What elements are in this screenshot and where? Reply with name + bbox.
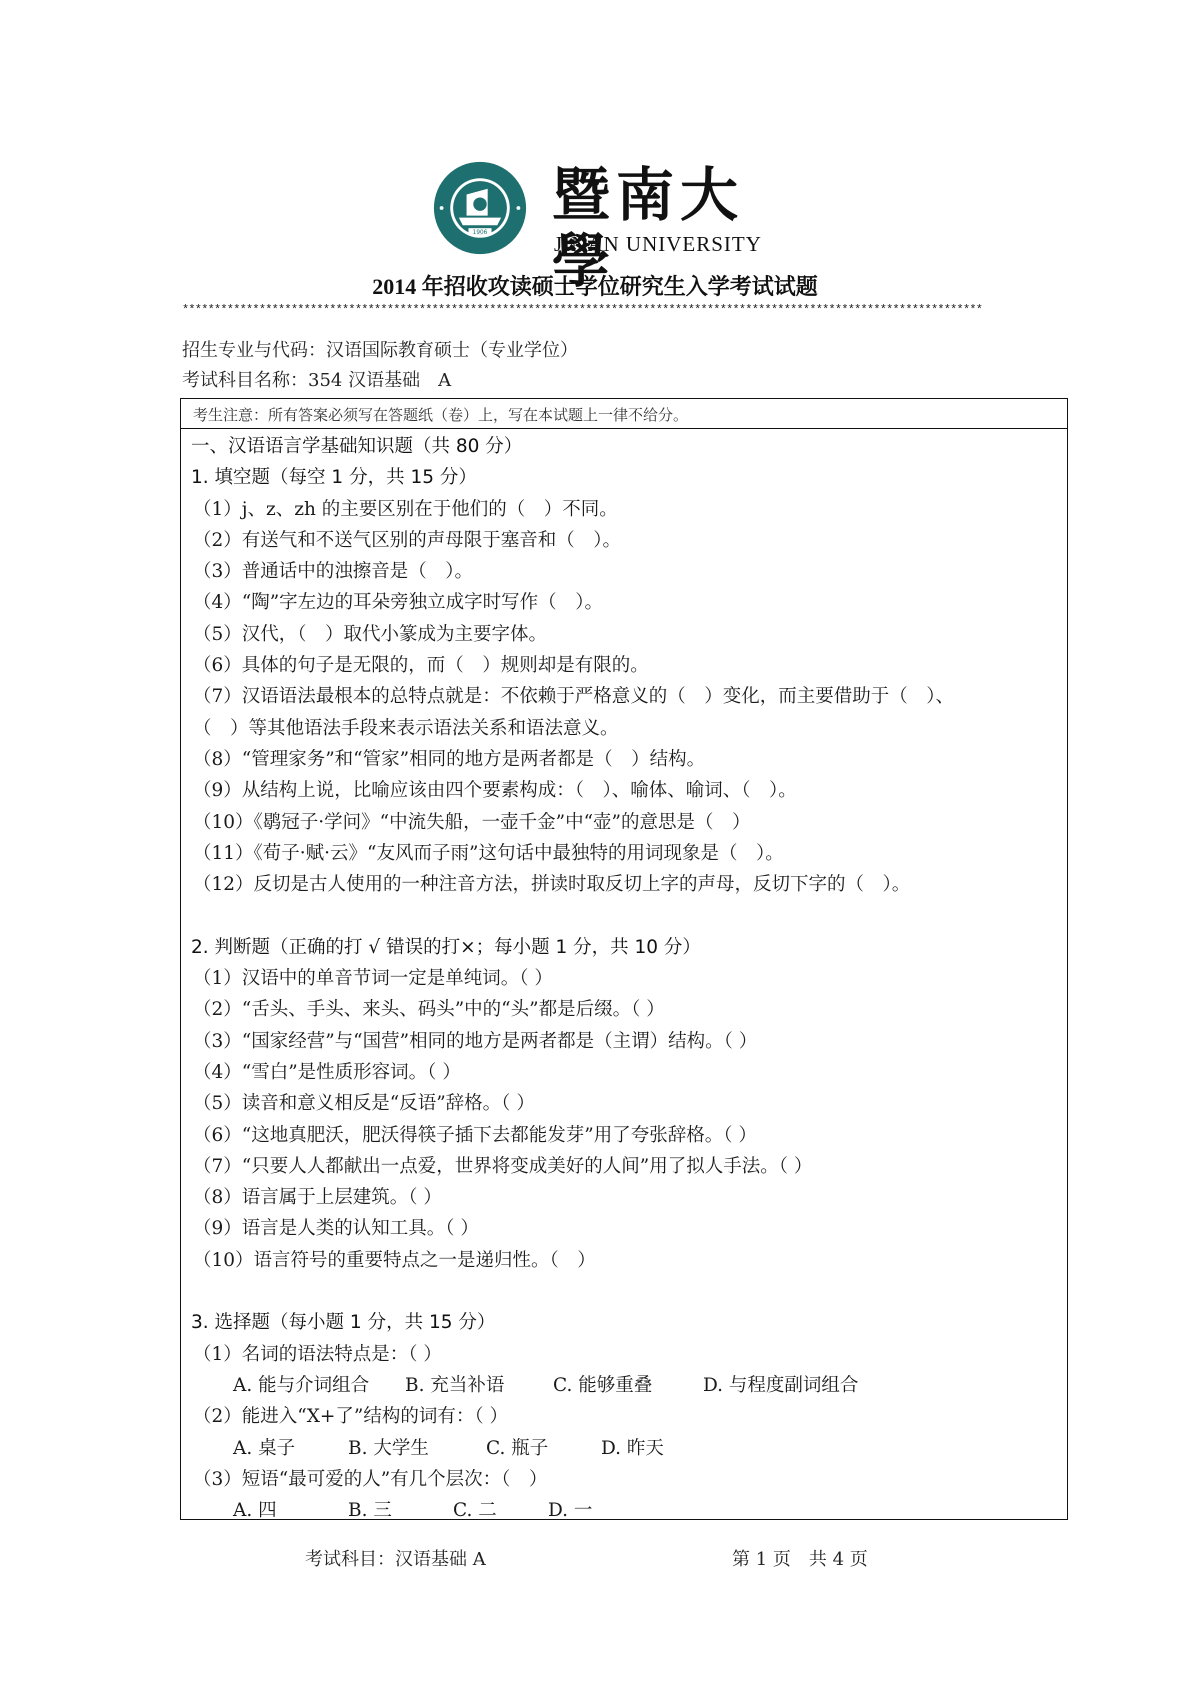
option-c: C. 能够重叠 bbox=[553, 1370, 703, 1401]
spacer bbox=[191, 1276, 1067, 1307]
choice-options: A. 四 B. 三 C. 二 D. 一 bbox=[191, 1495, 1067, 1526]
judge-question: （7）“只要人人都献出一点爱，世界将变成美好的人间”用了拟人手法。（ ） bbox=[191, 1151, 1067, 1182]
fill-question: （1）j、z、zh 的主要区别在于他们的（ ）不同。 bbox=[191, 494, 1067, 525]
exam-content-box: 考生注意：所有答案必须写在答题纸（卷）上，写在本试题上一律不给分。 一、汉语语言… bbox=[180, 398, 1068, 1520]
option-d: D. 昨天 bbox=[601, 1433, 664, 1464]
option-a: A. 四 bbox=[233, 1495, 348, 1526]
fill-question: （10）《鹖冠子·学问》“中流失船，一壶千金”中“壶”的意思是（ ） bbox=[191, 807, 1067, 838]
option-b: B. 大学生 bbox=[348, 1433, 486, 1464]
option-d: D. 与程度副词组合 bbox=[703, 1370, 858, 1401]
option-a: A. 桌子 bbox=[233, 1433, 348, 1464]
fill-question: （11）《荀子·赋·云》“友风而子雨”这句话中最独特的用词现象是（ ）。 bbox=[191, 838, 1067, 869]
fill-question: （9）从结构上说，比喻应该由四个要素构成：（ ）、喻体、喻词、（ ）。 bbox=[191, 775, 1067, 806]
svg-text:1906: 1906 bbox=[473, 230, 488, 236]
fill-question: （5）汉代，（ ）取代小篆成为主要字体。 bbox=[191, 619, 1067, 650]
footer-subject: 考试科目：汉语基础 A bbox=[305, 1545, 486, 1571]
judge-question: （8）语言属于上层建筑。（ ） bbox=[191, 1182, 1067, 1213]
choice-options: A. 桌子 B. 大学生 C. 瓶子 D. 昨天 bbox=[191, 1433, 1067, 1464]
section-title: 一、汉语语言学基础知识题（共 80 分） bbox=[191, 431, 1067, 462]
choice-question-stem: （3）短语“最可爱的人”有几个层次：（ ） bbox=[191, 1464, 1067, 1495]
part-3-title: 3. 选择题（每小题 1 分，共 15 分） bbox=[191, 1307, 1067, 1338]
part-2-title: 2. 判断题（正确的打 √ 错误的打×；每小题 1 分，共 10 分） bbox=[191, 932, 1067, 963]
fill-question-continuation: （ ）等其他语法手段来表示语法关系和语法意义。 bbox=[191, 713, 1067, 744]
judge-question: （10）语言符号的重要特点之一是递归性。（ ） bbox=[191, 1245, 1067, 1276]
exam-title: 2014 年招收攻读硕士学位研究生入学考试试题 bbox=[0, 270, 1190, 301]
fill-question: （8）“管理家务”和“管家”相同的地方是两者都是（ ）结构。 bbox=[191, 744, 1067, 775]
judge-question: （3）“国家经营”与“国营”相同的地方是两者都是（主谓）结构。（ ） bbox=[191, 1026, 1067, 1057]
judge-question: （9）语言是人类的认知工具。（ ） bbox=[191, 1213, 1067, 1244]
spacer bbox=[191, 900, 1067, 931]
separator-line: ****************************************… bbox=[182, 303, 1012, 317]
option-d: D. 一 bbox=[548, 1495, 592, 1526]
choice-question-stem: （1）名词的语法特点是：（ ） bbox=[191, 1339, 1067, 1370]
fill-question: （6）具体的句子是无限的，而（ ）规则却是有限的。 bbox=[191, 650, 1067, 681]
choice-question-stem: （2）能进入“X+了”结构的词有：（ ） bbox=[191, 1401, 1067, 1432]
option-b: B. 充当补语 bbox=[405, 1370, 553, 1401]
footer-page-number: 第 1 页 共 4 页 bbox=[732, 1545, 868, 1571]
fill-question: （7）汉语语法最根本的总特点就是：不依赖于严格意义的（ ）变化，而主要借助于（ … bbox=[191, 681, 1067, 712]
exam-questions: 一、汉语语言学基础知识题（共 80 分） 1. 填空题（每空 1 分，共 15 … bbox=[181, 429, 1067, 1526]
university-name-en: JINAN UNIVERSITY bbox=[554, 232, 762, 257]
judge-question: （5）读音和意义相反是“反语”辞格。（ ） bbox=[191, 1088, 1067, 1119]
judge-question: （2）“舌头、手头、来头、码头”中的“头”都是后缀。（ ） bbox=[191, 994, 1067, 1025]
fill-question: （2）有送气和不送气区别的声母限于塞音和（ ）。 bbox=[191, 525, 1067, 556]
judge-question: （6）“这地真肥沃，肥沃得筷子插下去都能发芽”用了夸张辞格。（ ） bbox=[191, 1120, 1067, 1151]
option-c: C. 瓶子 bbox=[486, 1433, 601, 1464]
university-seal-icon: 1906 bbox=[432, 160, 528, 256]
subject-name: 考试科目名称：354 汉语基础 A bbox=[182, 366, 451, 392]
fill-question: （4）“陶”字左边的耳朵旁独立成字时写作（ ）。 bbox=[191, 587, 1067, 618]
option-a: A. 能与介词组合 bbox=[233, 1370, 405, 1401]
fill-question: （12）反切是古人使用的一种注音方法，拼读时取反切上字的声母，反切下字的（ ）。 bbox=[191, 869, 1067, 900]
candidate-notice: 考生注意：所有答案必须写在答题纸（卷）上，写在本试题上一律不给分。 bbox=[181, 399, 1067, 429]
choice-options: A. 能与介词组合 B. 充当补语 C. 能够重叠 D. 与程度副词组合 bbox=[191, 1370, 1067, 1401]
part-1-title: 1. 填空题（每空 1 分，共 15 分） bbox=[191, 462, 1067, 493]
judge-question: （1）汉语中的单音节词一定是单纯词。（ ） bbox=[191, 963, 1067, 994]
fill-question: （3）普通话中的浊擦音是（ ）。 bbox=[191, 556, 1067, 587]
option-c: C. 二 bbox=[453, 1495, 548, 1526]
university-logo: 1906 暨南大學 JINAN UNIVERSITY bbox=[432, 160, 772, 260]
major-code: 招生专业与代码：汉语国际教育硕士（专业学位） bbox=[182, 336, 578, 362]
option-b: B. 三 bbox=[348, 1495, 453, 1526]
judge-question: （4）“雪白”是性质形容词。（ ） bbox=[191, 1057, 1067, 1088]
